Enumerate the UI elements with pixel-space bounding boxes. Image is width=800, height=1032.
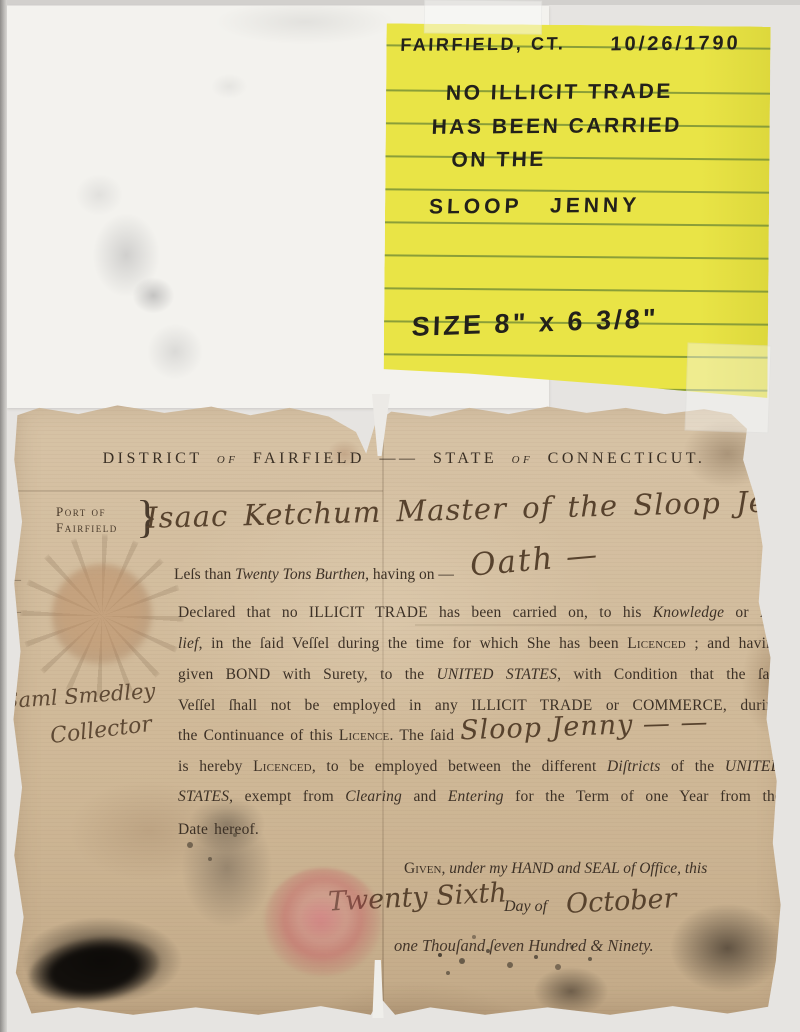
- body-line: the Continuance of this Licence. The ſai…: [178, 727, 454, 745]
- oath-script: Oath —: [469, 536, 601, 583]
- note-size-line: SIZE 8" x 6 3/8": [411, 303, 659, 343]
- month-script: October: [565, 883, 677, 920]
- scanner-edge-left: [0, 0, 7, 1032]
- port-of-fairfield-label: Port of Fairfield: [56, 504, 118, 536]
- note-location: FAIRFIELD, CT.: [400, 33, 566, 55]
- margin-dash: —: [6, 604, 21, 621]
- body-line: Date hereof.: [178, 821, 259, 839]
- licence-document: DISTRICT OF FAIRFIELD —— STATE OF CONNEC…: [8, 398, 790, 1016]
- day-of-label: Day of: [504, 898, 547, 916]
- ink-speckles: [438, 953, 442, 957]
- given-line: Given, under my HAND and SEAL of Office,…: [404, 860, 707, 878]
- document-heading: DISTRICT OF FAIRFIELD —— STATE OF CONNEC…: [98, 450, 710, 468]
- tape-strip-bottom-right: [684, 343, 771, 434]
- note-line: NO ILLICIT TRADE: [445, 80, 673, 106]
- scanned-page: DISTRICT OF FAIRFIELD —— STATE OF CONNEC…: [0, 0, 800, 1032]
- tape-strip-top: [424, 0, 542, 35]
- body-line: is hereby Licenced, to be employed betwe…: [178, 758, 782, 778]
- scanner-edge-top: [0, 0, 800, 5]
- note-date: 10/26/1790: [610, 32, 741, 56]
- ink-blot-stain: [24, 929, 164, 1011]
- horizontal-fold-crease: [8, 490, 383, 492]
- body-line: Declared that no ILLICIT TRADE has been …: [178, 604, 782, 624]
- body-line: STATES, exempt from Clearing and Enterin…: [178, 788, 782, 808]
- embossed-sunburst-seal: [20, 534, 184, 698]
- body-line: lief, in the ſaid Veſſel during the time…: [178, 635, 782, 655]
- horizontal-fold-crease-right: [415, 624, 790, 626]
- burthen-line: Leſs than Twenty Tons Burthen, having on…: [174, 566, 454, 584]
- note-line: ON THE: [451, 148, 546, 173]
- body-line: given BOND with Surety, to the UNITED ST…: [178, 666, 782, 686]
- seal-stain: [52, 564, 152, 666]
- collector-title-script: Collector: [49, 712, 153, 749]
- margin-dash: —: [6, 572, 21, 589]
- note-line: SLOOP JENNY: [428, 194, 640, 220]
- red-wax-seal-stain: [264, 868, 382, 976]
- year-line: one Thouſand ſeven Hundred & Ninety.: [394, 936, 654, 956]
- note-line: HAS BEEN CARRIED: [431, 114, 682, 140]
